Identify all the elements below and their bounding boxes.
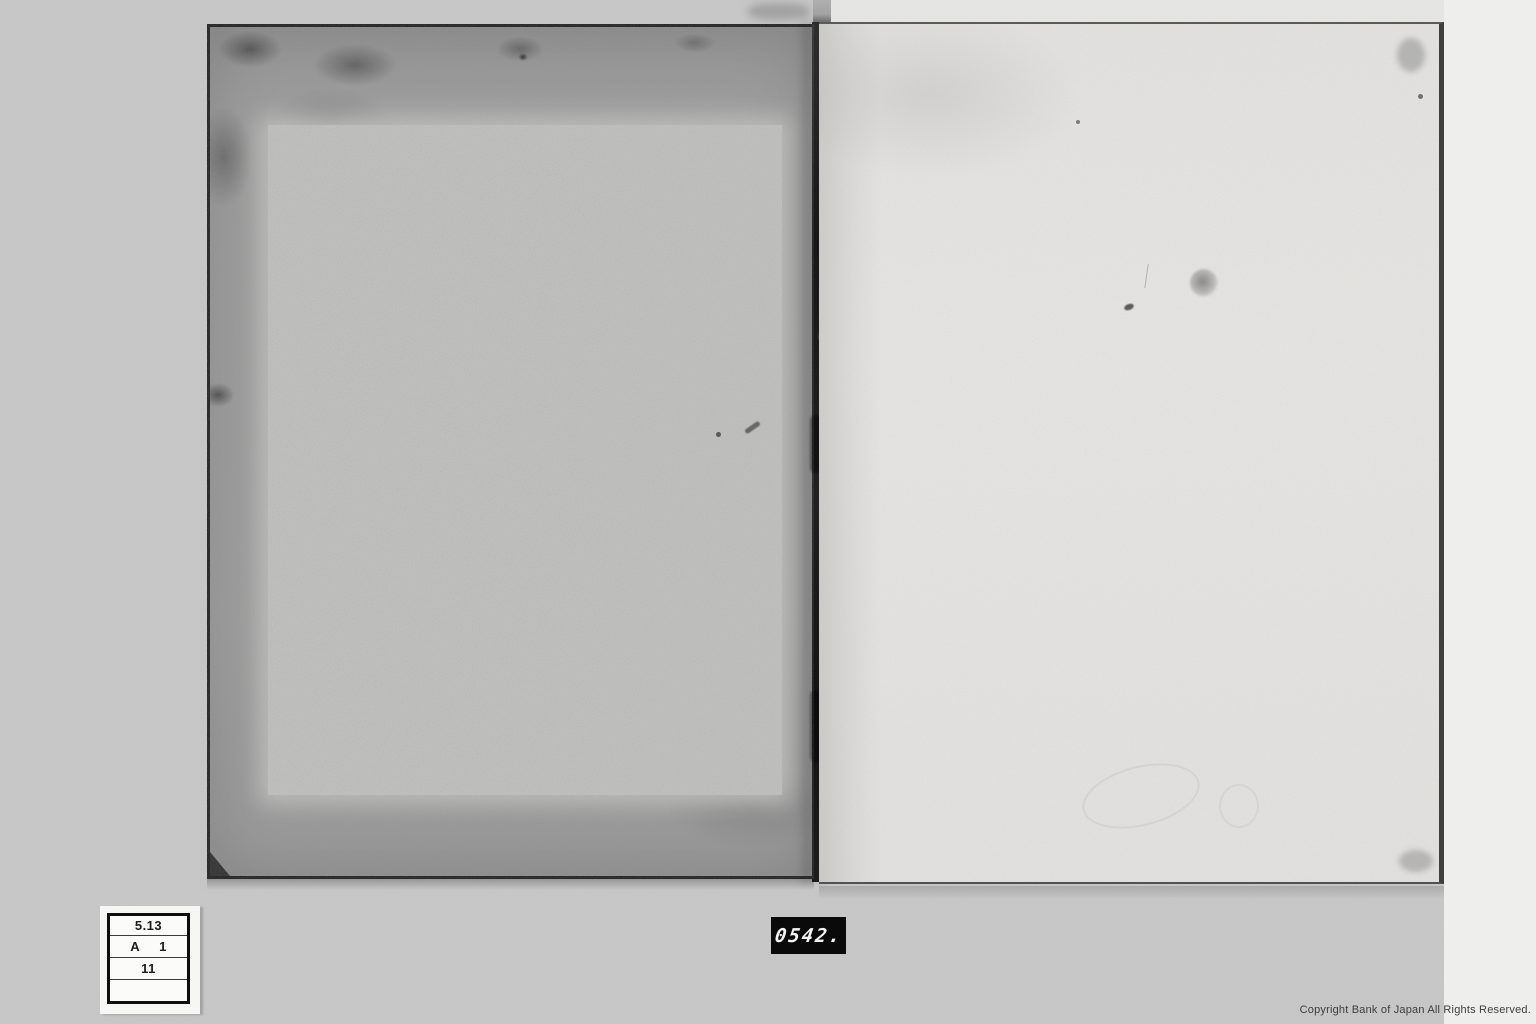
stain-speck bbox=[1123, 302, 1134, 311]
left-inside-cover bbox=[207, 24, 814, 879]
label-volume-number: 11 bbox=[141, 961, 156, 976]
label-row-series: A 1 bbox=[110, 935, 187, 957]
faint-ghost-mark bbox=[1219, 784, 1259, 828]
frame-counter-display: 0542. bbox=[771, 917, 846, 954]
paper-fleck bbox=[1076, 120, 1080, 124]
archive-shelf-label: 5.13 A 1 11 bbox=[100, 906, 200, 1014]
stain-blotch bbox=[1190, 269, 1218, 297]
scratch-mark bbox=[1144, 264, 1148, 288]
scanned-book-spread: 5.13 A 1 11 0542. Copyright Bank of Japa… bbox=[0, 0, 1536, 1024]
shelf-label-table: 5.13 A 1 11 bbox=[107, 913, 190, 1004]
corner-smudge bbox=[1399, 850, 1433, 872]
cover-corner-fold bbox=[210, 852, 230, 876]
paper-fleck bbox=[1418, 94, 1423, 99]
frame-counter-digits: 0542. bbox=[773, 925, 843, 947]
label-series-number: 1 bbox=[159, 939, 167, 954]
copyright-notice: Copyright Bank of Japan All Rights Reser… bbox=[1300, 1004, 1531, 1016]
corner-smudge bbox=[1397, 38, 1425, 72]
scanner-bed-top-band bbox=[819, 0, 1444, 22]
label-row-class: 5.13 bbox=[110, 916, 187, 935]
label-row-empty bbox=[110, 979, 187, 1001]
right-flyleaf-page bbox=[819, 22, 1444, 884]
label-series-letter: A bbox=[130, 939, 140, 954]
faint-ghost-mark bbox=[1076, 752, 1207, 839]
ink-speck bbox=[716, 432, 721, 437]
book-shadow bbox=[207, 879, 814, 890]
pastedown-paper bbox=[268, 125, 782, 795]
spine-top-smudge bbox=[748, 3, 810, 20]
book-shadow bbox=[819, 886, 1444, 899]
scanner-bed-white-margin bbox=[1444, 0, 1536, 1024]
book-gutter bbox=[812, 22, 819, 882]
label-class-number: 5.13 bbox=[135, 918, 162, 933]
label-row-volume: 11 bbox=[110, 957, 187, 979]
